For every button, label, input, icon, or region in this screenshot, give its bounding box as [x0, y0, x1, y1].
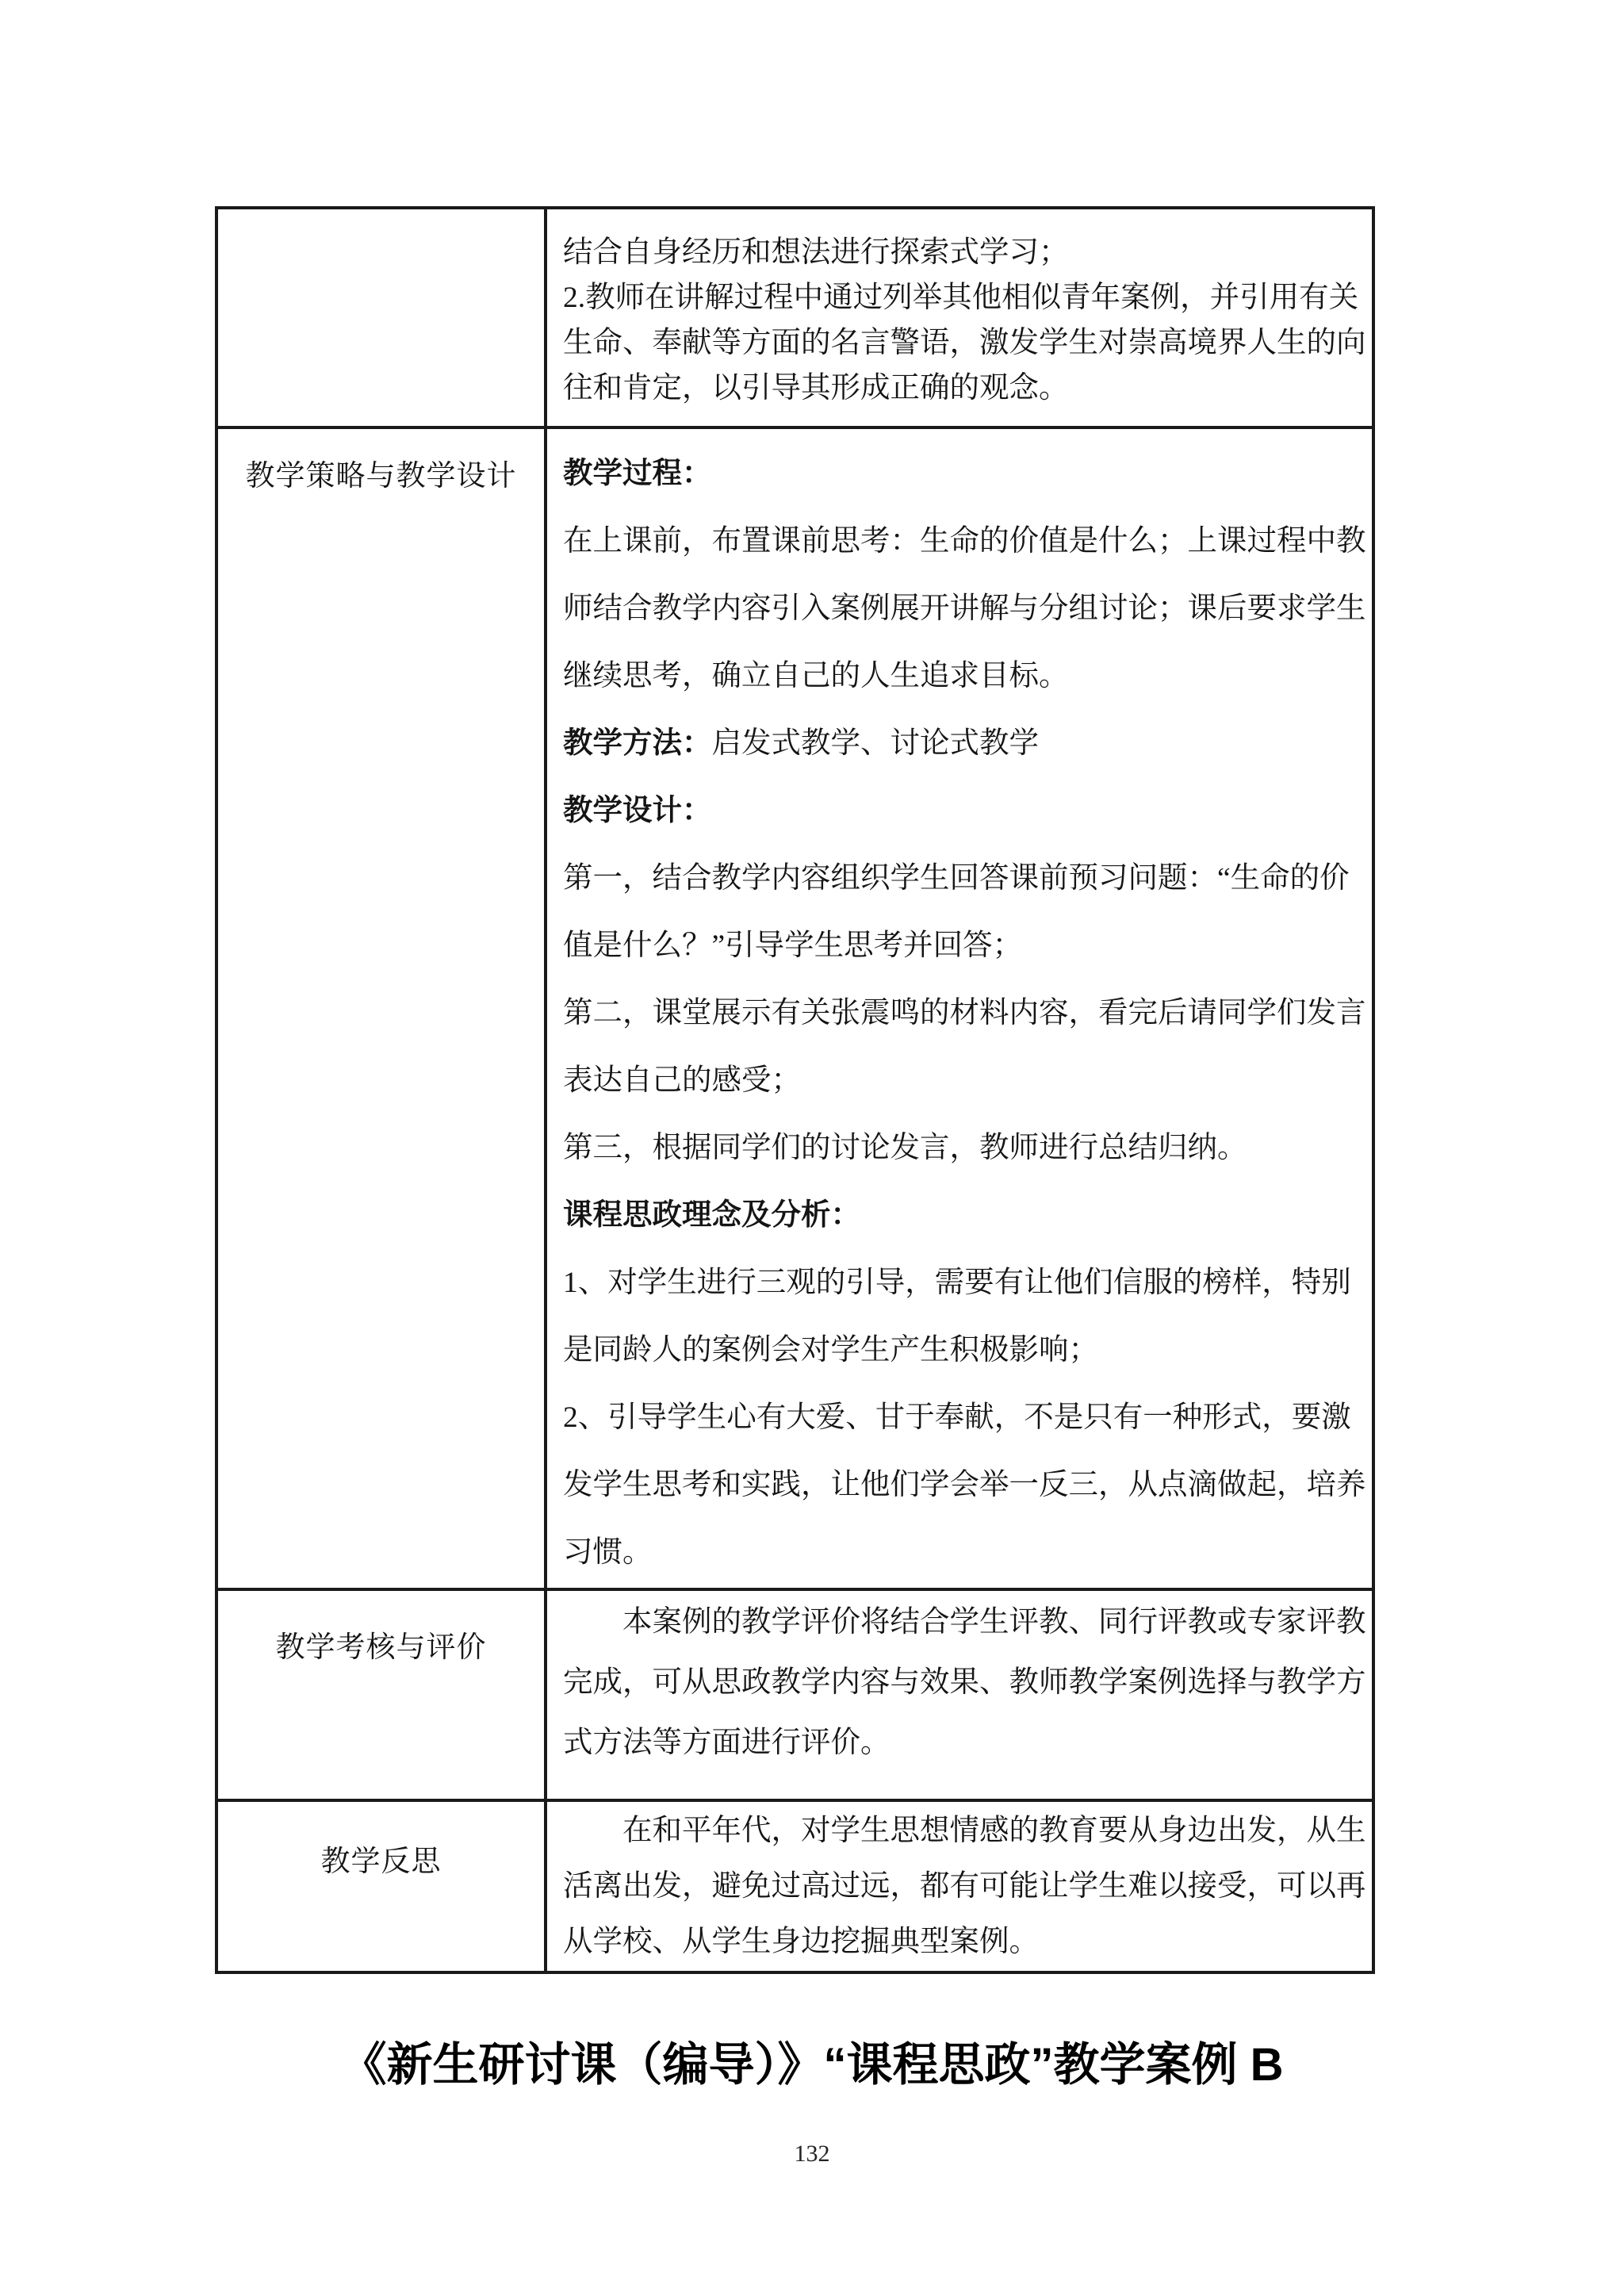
text-run: 在和平年代，对学生思想情感的教育要从身边出发，从生 [622, 1815, 1366, 1847]
text-line: 教学过程： [563, 440, 1370, 508]
text-run: 第一，结合教学内容组织学生回答课前预习问题：“生命的价 [563, 862, 1350, 895]
text-run: 在上课前，布置课前思考：生命的价值是什么；上课过程中教 [563, 525, 1366, 558]
text-line: 教学方法：启发式教学、讨论式教学 [563, 710, 1370, 777]
text-run: 往和肯定，以引导其形成正确的观念。 [563, 372, 1069, 404]
text-line: 习惯。 [563, 1519, 1370, 1586]
text-line: 生命、奉献等方面的名言警语，激发学生对崇高境界人生的向 [563, 320, 1370, 366]
text-run: 继续思考，确立自己的人生追求目标。 [563, 660, 1069, 692]
text-line: 结合自身经历和想法进行探索式学习； [563, 230, 1370, 275]
text-line: 2.教师在讲解过程中通过列举其他相似青年案例，并引用有关 [563, 275, 1370, 320]
text-run: 是同龄人的案例会对学生产生积极影响； [563, 1334, 1098, 1366]
text-line: 往和肯定，以引导其形成正确的观念。 [563, 366, 1370, 411]
text-line: 课程思政理念及分析： [563, 1182, 1370, 1249]
text-line: 师结合教学内容引入案例展开讲解与分组讨论；课后要求学生 [563, 575, 1370, 642]
text-run: 1、对学生进行三观的引导，需要有让他们信服的榜样，特别 [563, 1267, 1351, 1299]
text-run: 式方法等方面进行评价。 [563, 1727, 891, 1759]
text-run: 生命、奉献等方面的名言警语，激发学生对崇高境界人生的向 [563, 327, 1366, 359]
text-line: 式方法等方面进行评价。 [563, 1713, 1370, 1773]
document-page: 结合自身经历和想法进行探索式学习；2.教师在讲解过程中通过列举其他相似青年案例，… [0, 0, 1624, 2296]
row-label-teaching-reflection: 教学反思 [218, 1799, 544, 1971]
text-line: 在和平年代，对学生思想情感的教育要从身边出发，从生 [563, 1803, 1370, 1859]
row1-content-cell: 结合自身经历和想法进行探索式学习；2.教师在讲解过程中通过列举其他相似青年案例，… [544, 209, 1372, 426]
text-line: 2、引导学生心有大爱、甘于奉献，不是只有一种形式，要激 [563, 1384, 1370, 1451]
text-line: 在上课前，布置课前思考：生命的价值是什么；上课过程中教 [563, 508, 1370, 575]
text-run: 启发式教学、讨论式教学 [712, 727, 1040, 760]
text-run: 第二，课堂展示有关张震鸣的材料内容，看完后请同学们发言 [563, 997, 1366, 1029]
text-line: 表达自己的感受； [563, 1047, 1370, 1114]
teaching-case-table: 结合自身经历和想法进行探索式学习；2.教师在讲解过程中通过列举其他相似青年案例，… [215, 206, 1375, 1974]
text-run: 师结合教学内容引入案例展开讲解与分组讨论；课后要求学生 [563, 592, 1366, 625]
text-line: 从学校、从学生身边挖掘典型案例。 [563, 1915, 1370, 1970]
text-line: 是同龄人的案例会对学生产生积极影响； [563, 1317, 1370, 1384]
text-line: 本案例的教学评价将结合学生评教、同行评教或专家评教 [563, 1593, 1370, 1653]
text-run: 活离出发，避免过高过远，都有可能让学生难以接受，可以再 [563, 1870, 1366, 1903]
text-line: 教学设计： [563, 777, 1370, 845]
text-line: 继续思考，确立自己的人生追求目标。 [563, 642, 1370, 710]
text-line: 活离出发，避免过高过远，都有可能让学生难以接受，可以再 [563, 1859, 1370, 1915]
bold-run: 教学过程： [563, 458, 712, 490]
row1-label-cell [218, 209, 544, 426]
text-run: 发学生思考和实践，让他们学会举一反三，从点滴做起，培养 [563, 1469, 1366, 1501]
text-line: 第一，结合教学内容组织学生回答课前预习问题：“生命的价 [563, 845, 1370, 912]
text-run: 完成，可从思政教学内容与效果、教师教学案例选择与教学方 [563, 1666, 1366, 1699]
section-title: 《新生研讨课（编导）》“课程思政”教学案例 B [0, 2035, 1624, 2095]
text-line: 第三，根据同学们的讨论发言，教师进行总结归纳。 [563, 1114, 1370, 1182]
bold-run: 课程思政理念及分析： [563, 1199, 860, 1232]
row-content-teaching-strategy-design: 教学过程：在上课前，布置课前思考：生命的价值是什么；上课过程中教师结合教学内容引… [544, 426, 1372, 1588]
text-run: 表达自己的感受； [563, 1064, 801, 1097]
text-run: 本案例的教学评价将结合学生评教、同行评教或专家评教 [622, 1606, 1366, 1639]
row-content-teaching-reflection: 在和平年代，对学生思想情感的教育要从身边出发，从生活离出发，避免过高过远，都有可… [544, 1799, 1372, 1971]
row-content-teaching-assessment: 本案例的教学评价将结合学生评教、同行评教或专家评教完成，可从思政教学内容与效果、… [544, 1588, 1372, 1799]
text-line: 第二，课堂展示有关张震鸣的材料内容，看完后请同学们发言 [563, 979, 1370, 1047]
page-number: 132 [0, 2140, 1624, 2168]
row-label-teaching-strategy-design: 教学策略与教学设计 [218, 426, 544, 1588]
text-line: 值是什么？”引导学生思考并回答； [563, 912, 1370, 979]
text-run: 值是什么？”引导学生思考并回答； [563, 930, 1022, 962]
text-run: 从学校、从学生身边挖掘典型案例。 [563, 1926, 1039, 1958]
row-label-teaching-assessment: 教学考核与评价 [218, 1588, 544, 1799]
bold-run: 教学方法： [563, 727, 712, 760]
text-line: 发学生思考和实践，让他们学会举一反三，从点滴做起，培养 [563, 1451, 1370, 1519]
text-run: 习惯。 [563, 1536, 653, 1569]
text-run: 2.教师在讲解过程中通过列举其他相似青年案例，并引用有关 [563, 282, 1358, 314]
text-line: 1、对学生进行三观的引导，需要有让他们信服的榜样，特别 [563, 1249, 1370, 1317]
text-line: 完成，可从思政教学内容与效果、教师教学案例选择与教学方 [563, 1653, 1370, 1713]
text-run: 2、引导学生心有大爱、甘于奉献，不是只有一种形式，要激 [563, 1401, 1351, 1434]
text-run: 第三，根据同学们的讨论发言，教师进行总结归纳。 [563, 1132, 1247, 1164]
bold-run: 教学设计： [563, 795, 712, 827]
text-run: 结合自身经历和想法进行探索式学习； [563, 236, 1069, 269]
